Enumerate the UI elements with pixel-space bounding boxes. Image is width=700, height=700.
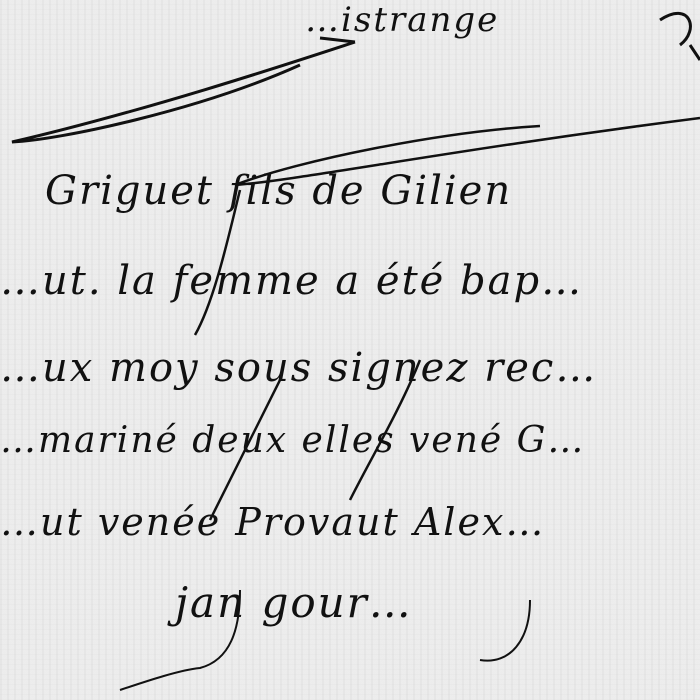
handwritten-line-5: …ut venée Provaut Alex… <box>0 500 545 544</box>
handwritten-line-4: …mariné deux elles vené G… <box>0 420 585 461</box>
handwritten-line-6: jan gour… <box>175 578 413 627</box>
handwritten-line-0: …istrange <box>305 0 499 40</box>
handwritten-line-1: Griguet fils de Gilien <box>45 168 512 214</box>
handwritten-line-3: …ux moy sous signez rec… <box>0 345 597 391</box>
handwritten-line-2: …ut. la femme a été bap… <box>0 258 583 304</box>
